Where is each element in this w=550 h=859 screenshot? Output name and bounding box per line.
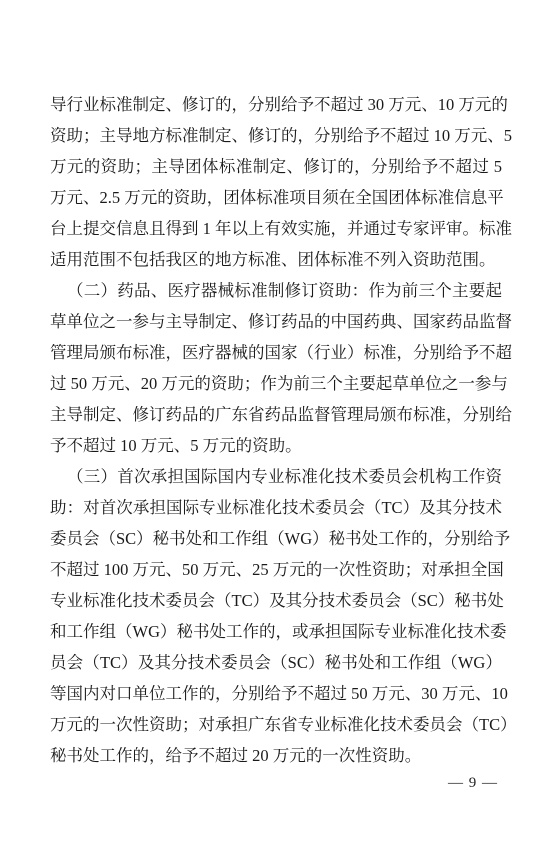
paragraph: （三）首次承担国际国内专业标准化技术委员会机构工作资助：对首次承担国际专业标准化…	[50, 461, 502, 771]
text-line: （二）药品、医疗器械标准制修订资助：作为前三个主要起	[50, 275, 502, 306]
text-line: 过 50 万元、20 万元的资助；作为前三个主要起草单位之一参与	[50, 368, 502, 399]
text-line: 草单位之一参与主导制定、修订药品的中国药典、国家药品监督	[50, 306, 502, 337]
text-line: 万元的一次性资助；对承担广东省专业标准化技术委员会（TC）	[50, 709, 502, 740]
text-line: 等国内对口单位工作的，分别给予不超过 50 万元、30 万元、10	[50, 678, 502, 709]
text-line: 秘书处工作的，给予不超过 20 万元的一次性资助。	[50, 740, 502, 771]
text-line: 不超过 100 万元、50 万元、25 万元的一次性资助；对承担全国	[50, 554, 502, 585]
text-line: 导行业标准制定、修订的，分别给予不超过 30 万元、10 万元的	[50, 89, 502, 120]
paragraph: （二）药品、医疗器械标准制修订资助：作为前三个主要起草单位之一参与主导制定、修订…	[50, 275, 502, 461]
text-line: 台上提交信息且得到 1 年以上有效实施，并通过专家评审。标准	[50, 213, 502, 244]
text-line: 主导制定、修订药品的广东省药品监督管理局颁布标准，分别给	[50, 399, 502, 430]
text-line: 资助；主导地方标准制定、修订的，分别给予不超过 10 万元、5	[50, 120, 502, 151]
document-page: 导行业标准制定、修订的，分别给予不超过 30 万元、10 万元的资助；主导地方标…	[0, 0, 550, 859]
text-line: 适用范围不包括我区的地方标准、团体标准不列入资助范围。	[50, 244, 502, 275]
text-line: 助：对首次承担国际专业标准化技术委员会（TC）及其分技术	[50, 492, 502, 523]
page-number: — 9 —	[448, 774, 498, 792]
text-line: 管理局颁布标准，医疗器械的国家（行业）标准，分别给予不超	[50, 337, 502, 368]
document-body: 导行业标准制定、修订的，分别给予不超过 30 万元、10 万元的资助；主导地方标…	[50, 89, 502, 771]
text-line: 员会（TC）及其分技术委员会（SC）秘书处和工作组（WG）	[50, 647, 502, 678]
text-line: 万元的资助；主导团体标准制定、修订的，分别给予不超过 5	[50, 151, 502, 182]
text-line: 委员会（SC）秘书处和工作组（WG）秘书处工作的，分别给予	[50, 523, 502, 554]
text-line: 予不超过 10 万元、5 万元的资助。	[50, 430, 502, 461]
text-line: 和工作组（WG）秘书处工作的，或承担国际专业标准化技术委	[50, 616, 502, 647]
paragraph: 导行业标准制定、修订的，分别给予不超过 30 万元、10 万元的资助；主导地方标…	[50, 89, 502, 275]
text-line: （三）首次承担国际国内专业标准化技术委员会机构工作资	[50, 461, 502, 492]
text-line: 万元、2.5 万元的资助，团体标准项目须在全国团体标准信息平	[50, 182, 502, 213]
text-line: 专业标准化技术委员会（TC）及其分技术委员会（SC）秘书处	[50, 585, 502, 616]
